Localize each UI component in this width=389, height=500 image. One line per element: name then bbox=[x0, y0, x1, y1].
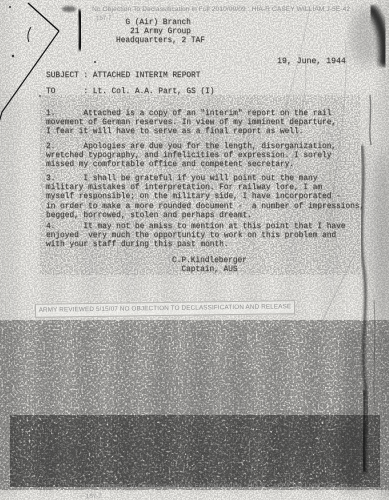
declass-footer-line: No Objection To Declassification in Full… bbox=[88, 483, 346, 490]
right-edge-streak bbox=[362, 95, 376, 474]
scan-noise-band-lower bbox=[0, 325, 389, 490]
paragraph-2: 2. Apologies are due you for the length,… bbox=[46, 143, 336, 171]
memo-date: 19, June, 1944 bbox=[277, 57, 346, 66]
ref-number-top: 157-7 bbox=[96, 15, 112, 23]
to-line: TO : Lt. Col. A.A. Part, GS (I) bbox=[46, 88, 214, 97]
paragraph-3: 3. I shall be grateful if you will point… bbox=[46, 175, 364, 221]
declass-header-line: No Objection To Declassification in Full… bbox=[92, 6, 350, 13]
army-review-stamp: ARMY REVIEWED 5/15/07 NO OBJECTION TO DE… bbox=[35, 300, 295, 318]
ref-number-bottom: 157-7 bbox=[86, 493, 102, 500]
scanned-memo-page: No Objection To Declassification in Full… bbox=[0, 0, 389, 500]
subject-line: SUBJECT : ATTACHED INTERIM REPORT bbox=[46, 72, 200, 81]
ink-smudge-top-right bbox=[350, 6, 384, 66]
signature-block: C.P.Kindleberger Captain, AUS bbox=[172, 257, 247, 275]
paragraph-4: 4. It may not be amiss to mention at thi… bbox=[46, 223, 345, 251]
letterhead-block: G (Air) Branch 21 Army Group Headquarter… bbox=[116, 19, 205, 47]
paragraph-1: 1. Attached is a copy of an "interim" re… bbox=[46, 110, 336, 138]
